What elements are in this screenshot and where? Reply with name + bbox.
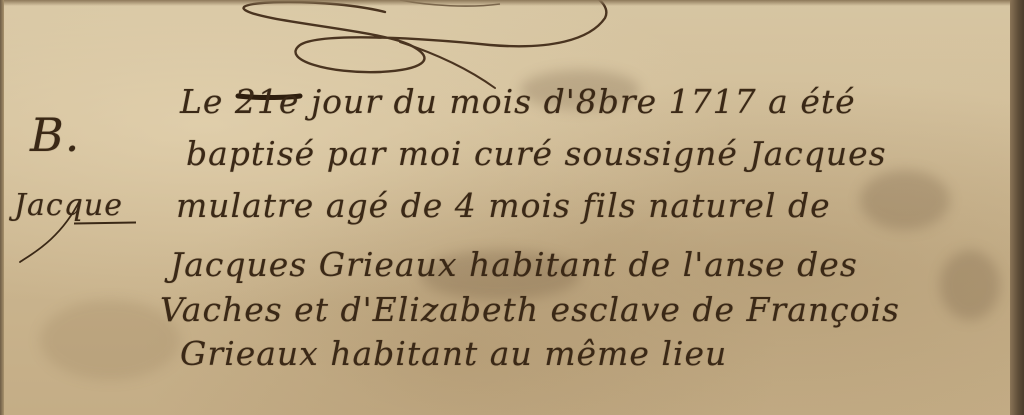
entry-line-6: Grieaux habitant au même lieu [180,334,727,373]
entry-line-4: Jacques Grieaux habitant de l'anse des [170,245,858,284]
page-top-edge [0,0,1024,6]
entry-line-5: Vaches et d'Elizabeth esclave de Françoi… [160,290,900,329]
page-right-edge [1010,0,1024,415]
margin-entry-type: B. [30,108,80,162]
entry-line-2: baptisé par moi curé soussigné Jacques [186,134,887,173]
entry-line-3: mulatre agé de 4 mois fils naturel de [176,186,831,225]
margin-baptized-name: Jacque [14,188,123,223]
page-left-edge [0,0,4,415]
entry-line-1: Le 21e jour du mois d'8bre 1717 a été [180,82,856,121]
manuscript-page: B. Jacque Le 21e jour du mois d'8bre 171… [0,0,1024,415]
